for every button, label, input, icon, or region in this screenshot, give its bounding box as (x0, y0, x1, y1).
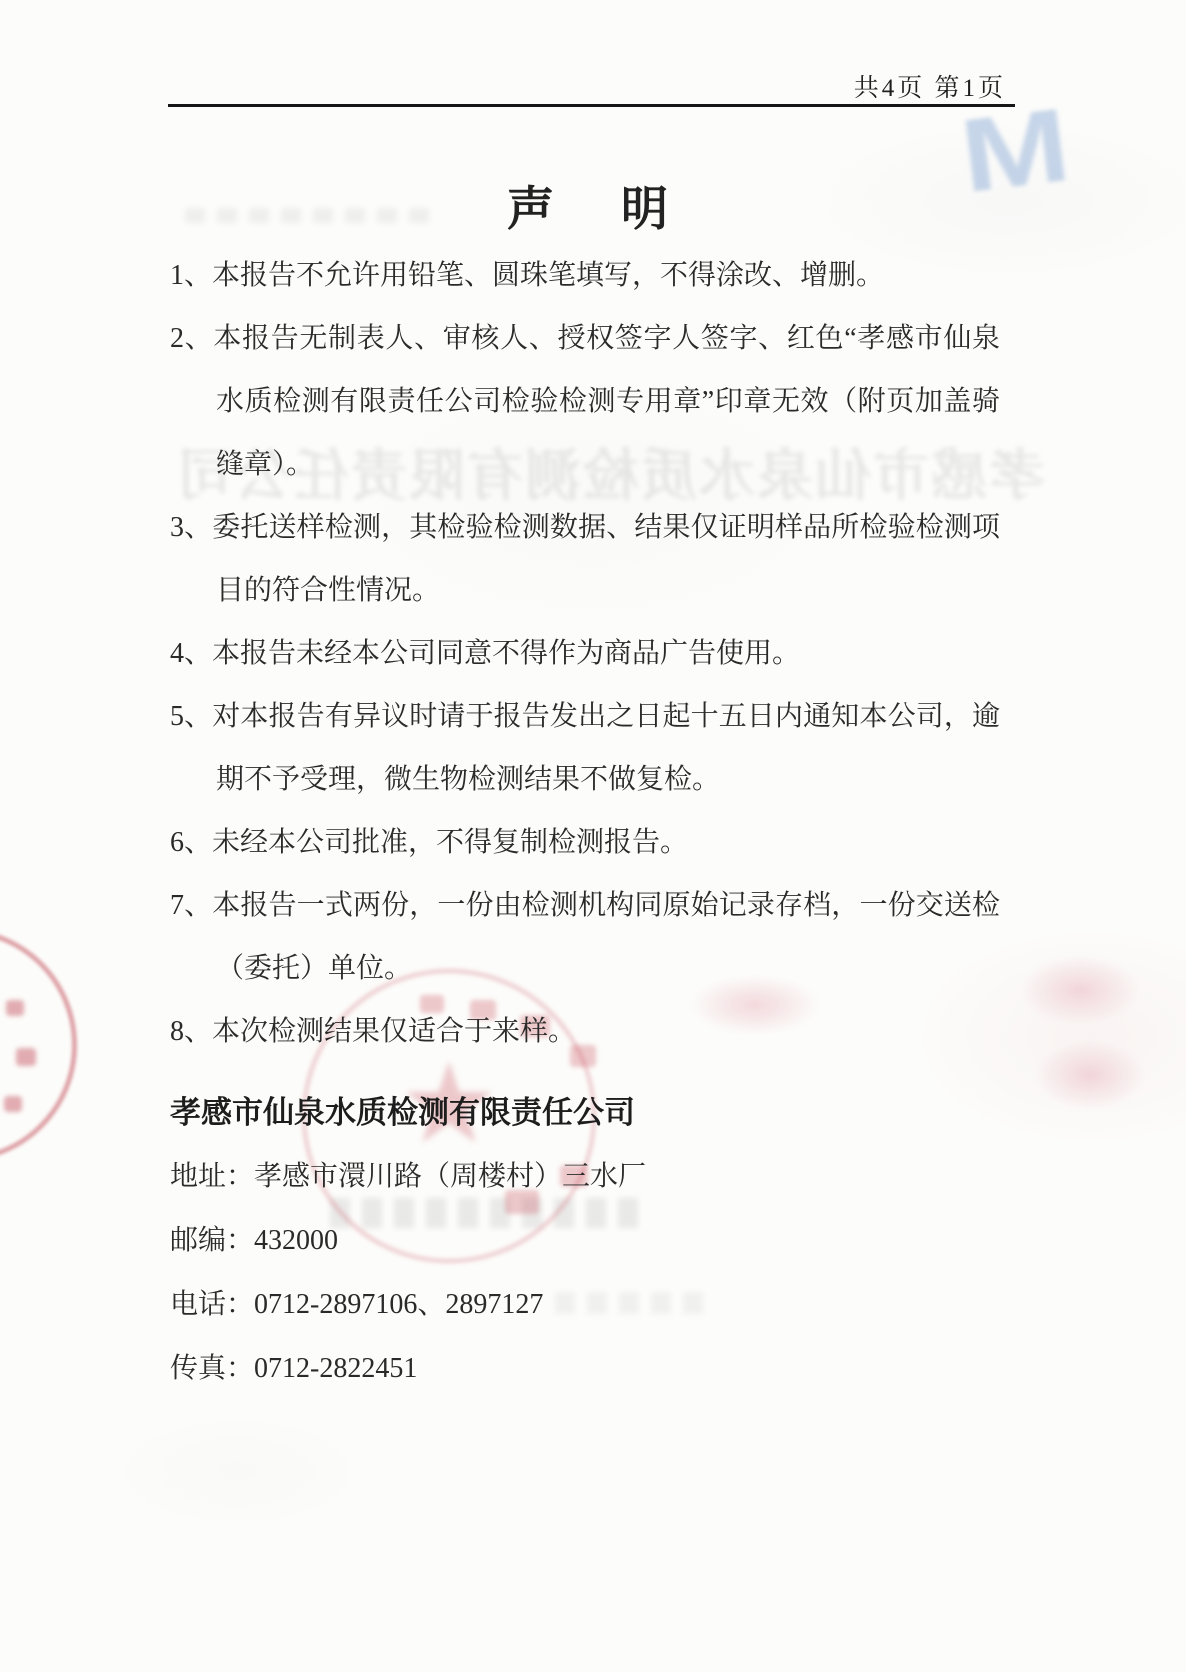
company-phone: 电话：0712-2897106、2897127 (170, 1273, 1000, 1337)
declaration-item-4: 4、本报告未经本公司同意不得作为商品广告使用。 (170, 622, 1000, 685)
declaration-item-8: 8、本次检测结果仅适合于来样。 (170, 1000, 1000, 1063)
declaration-item-2: 2、本报告无制表人、审核人、授权签字人签字、红色“孝感市仙泉水质检测有限责任公司… (170, 307, 1000, 496)
company-postcode: 邮编：432000 (170, 1209, 1000, 1273)
company-name: 孝感市仙泉水质检测有限责任公司 (170, 1081, 1000, 1145)
pink-bleedthrough-blob (1035, 1040, 1145, 1110)
pink-bleedthrough-blob (1020, 955, 1140, 1025)
riding-seal-smudge (16, 1048, 36, 1066)
declaration-item-6: 6、未经本公司批准，不得复制检测报告。 (170, 811, 1000, 874)
declaration-item-5: 5、对本报告有异议时请于报告发出之日起十五日内通知本公司，逾期不予受理，微生物检… (170, 685, 1000, 811)
company-address: 地址：孝感市澴川路（周楼村）三水厂 (170, 1145, 1000, 1209)
declaration-item-3: 3、委托送样检测，其检验检测数据、结果仅证明样品所检验检测项目的符合性情况。 (170, 496, 1000, 622)
riding-seal-smudge (4, 1096, 22, 1112)
declaration-list: 1、本报告不允许用铅笔、圆珠笔填写，不得涂改、增删。 2、本报告无制表人、审核人… (170, 244, 1000, 1063)
header-rule-line (168, 104, 1015, 107)
company-fax: 传真：0712-2822451 (170, 1337, 1000, 1401)
riding-seal-partial (0, 928, 77, 1162)
declaration-item-1: 1、本报告不允许用铅笔、圆珠笔填写，不得涂改、增删。 (170, 244, 1000, 307)
company-contact-block: 孝感市仙泉水质检测有限责任公司 地址：孝感市澴川路（周楼村）三水厂 邮编：432… (170, 1081, 1000, 1401)
declaration-item-7: 7、本报告一式两份，一份由检测机构同原始记录存档，一份交送检（委托）单位。 (170, 874, 1000, 1000)
riding-seal-smudge (6, 1000, 24, 1016)
page-title: 声 明 (170, 172, 1015, 239)
scanned-declaration-page: 孝感市仙泉水质检测有限责任公司 M ★ 共4页 第1页 声 明 1、本报告不允许… (0, 0, 1186, 1672)
page-number-indicator: 共4页 第1页 (854, 68, 1006, 104)
